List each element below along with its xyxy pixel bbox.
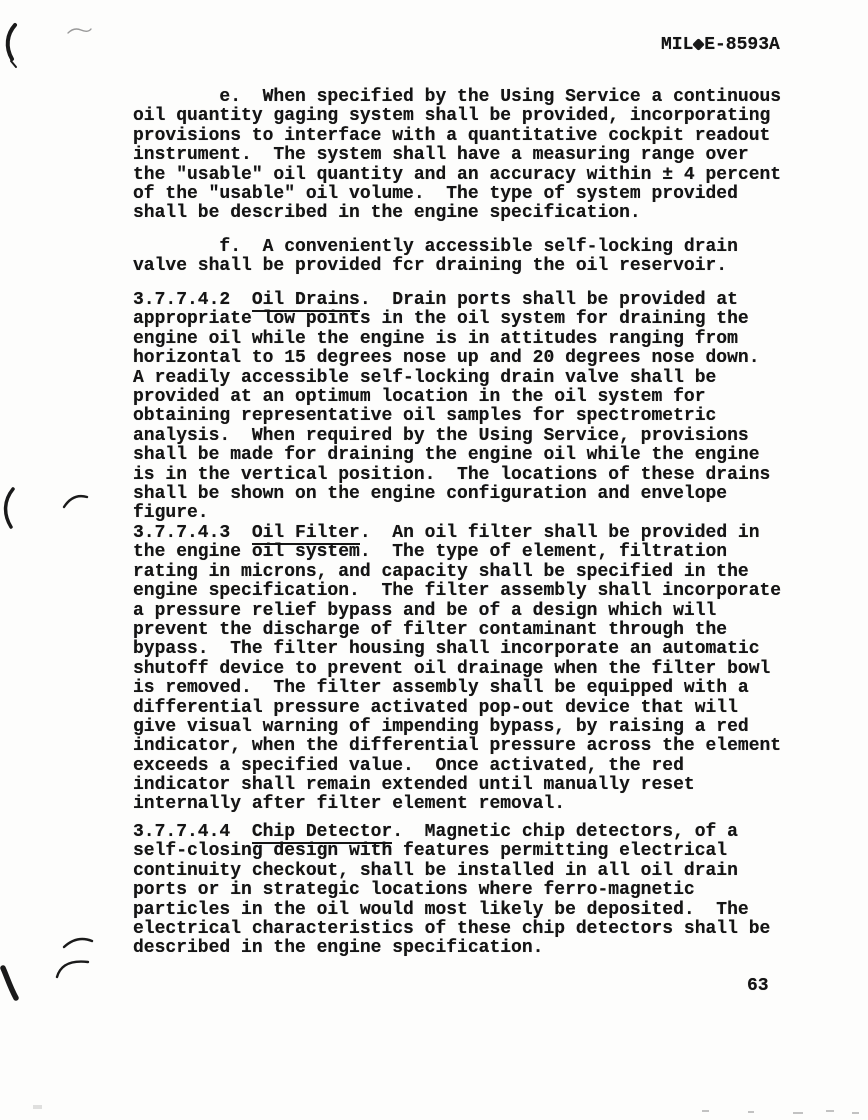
text-line: shutoff device to prevent oil drainage w… bbox=[133, 660, 823, 679]
paragraph-e: e. When specified by the Using Service a… bbox=[133, 88, 823, 224]
text-line: shall be shown on the engine configurati… bbox=[133, 485, 823, 504]
text-line: ports or in strategic locations where fe… bbox=[133, 881, 823, 900]
section-heading-line: 3.7.7.4.4 Chip Detector. Magnetic chip d… bbox=[133, 823, 823, 842]
text-line: the "usable" oil quantity and an accurac… bbox=[133, 166, 823, 185]
section-chip-detector: 3.7.7.4.4 Chip Detector. Magnetic chip d… bbox=[133, 823, 823, 959]
arc-mark-bottom-2 bbox=[57, 962, 88, 977]
text-line: is in the vertical position. The locatio… bbox=[133, 466, 823, 485]
spec-number-header: MIL-E-8593A bbox=[661, 35, 780, 55]
text-line: valve shall be provided fcr draining the… bbox=[133, 257, 823, 276]
scan-speck bbox=[33, 1105, 42, 1109]
paragraph-f: f. A conveniently accessible self-lockin… bbox=[133, 238, 823, 277]
text-line: horizontal to 15 degrees nose up and 20 … bbox=[133, 349, 823, 368]
ink-stroke-bottom-left bbox=[3, 968, 16, 998]
section-heading-rest: . Magnetic chip detectors, of a bbox=[392, 822, 738, 842]
text-line: of the "usable" oil volume. The type of … bbox=[133, 185, 823, 204]
text-line: engine specification. The filter assembl… bbox=[133, 582, 823, 601]
text-line: the engine oil system. The type of eleme… bbox=[133, 543, 823, 562]
scan-speck bbox=[826, 1110, 834, 1112]
text-line: appropriate low points in the oil system… bbox=[133, 310, 823, 329]
page-number: 63 bbox=[747, 976, 769, 996]
arc-mark-mid bbox=[64, 496, 87, 507]
section-number: 3.7.7.4.2 bbox=[133, 290, 252, 310]
scanned-document-page: MIL-E-8593A e. When specified by the Usi… bbox=[0, 0, 868, 1120]
paren-mark-mid-left bbox=[6, 489, 13, 527]
section-oil-drains: 3.7.7.4.2 Oil Drains. Drain ports shall … bbox=[133, 291, 823, 524]
text-line: exceeds a specified value. Once activate… bbox=[133, 757, 823, 776]
text-line: figure. bbox=[133, 504, 823, 523]
text-line: prevent the discharge of filter contamin… bbox=[133, 621, 823, 640]
text-line: indicator shall remain extended until ma… bbox=[133, 776, 823, 795]
text-line: analysis. When required by the Using Ser… bbox=[133, 427, 823, 446]
section-number: 3.7.7.4.4 bbox=[133, 822, 252, 842]
text-line: e. When specified by the Using Service a… bbox=[133, 88, 823, 107]
text-line: instrument. The system shall have a meas… bbox=[133, 146, 823, 165]
section-oil-filter: 3.7.7.4.3 Oil Filter. An oil filter shal… bbox=[133, 524, 823, 815]
section-heading-rest: . Drain ports shall be provided at bbox=[360, 290, 738, 310]
text-line: f. A conveniently accessible self-lockin… bbox=[133, 238, 823, 257]
text-line: a pressure relief bypass and be of a des… bbox=[133, 602, 823, 621]
paren-mark-top-left-tick bbox=[11, 61, 16, 67]
text-line: continuity checkout, shall be installed … bbox=[133, 862, 823, 881]
text-line: self-closing design with features permit… bbox=[133, 842, 823, 861]
paren-mark-top-left bbox=[8, 25, 15, 59]
section-body: the engine oil system. The type of eleme… bbox=[133, 543, 823, 814]
scan-speck bbox=[852, 1112, 859, 1114]
text-line: obtaining representative oil samples for… bbox=[133, 407, 823, 426]
section-number: 3.7.7.4.3 bbox=[133, 523, 252, 543]
text-line: electrical characteristics of these chip… bbox=[133, 920, 823, 939]
scan-speck bbox=[702, 1110, 709, 1112]
text-line: A readily accessible self-locking drain … bbox=[133, 369, 823, 388]
text-line: indicator, when the differential pressur… bbox=[133, 737, 823, 756]
text-line: described in the engine specification. bbox=[133, 939, 823, 958]
text-line: oil quantity gaging system shall be prov… bbox=[133, 107, 823, 126]
section-body: appropriate low points in the oil system… bbox=[133, 310, 823, 523]
text-line: bypass. The filter housing shall incorpo… bbox=[133, 640, 823, 659]
section-heading-line: 3.7.7.4.3 Oil Filter. An oil filter shal… bbox=[133, 524, 823, 543]
section-body: self-closing design with features permit… bbox=[133, 842, 823, 958]
text-line: shall be described in the engine specifi… bbox=[133, 204, 823, 223]
text-line: particles in the oil would most likely b… bbox=[133, 901, 823, 920]
text-line: engine oil while the engine is in attitu… bbox=[133, 330, 823, 349]
text-line: rating in microns, and capacity shall be… bbox=[133, 563, 823, 582]
section-heading-line: 3.7.7.4.2 Oil Drains. Drain ports shall … bbox=[133, 291, 823, 310]
scan-speck bbox=[793, 1112, 803, 1114]
section-heading-rest: . An oil filter shall be provided in bbox=[360, 523, 760, 543]
squiggle-mark-top bbox=[68, 29, 91, 33]
text-line: shall be made for draining the engine oi… bbox=[133, 446, 823, 465]
text-line: differential pressure activated pop-out … bbox=[133, 699, 823, 718]
text-line: provided at an optimum location in the o… bbox=[133, 388, 823, 407]
arc-mark-bottom-1 bbox=[64, 939, 92, 947]
text-line: is removed. The filter assembly shall be… bbox=[133, 679, 823, 698]
text-line: give visual warning of impending bypass,… bbox=[133, 718, 823, 737]
scan-speck bbox=[748, 1111, 754, 1113]
text-line: internally after filter element removal. bbox=[133, 795, 823, 814]
text-line: provisions to interface with a quantitat… bbox=[133, 127, 823, 146]
